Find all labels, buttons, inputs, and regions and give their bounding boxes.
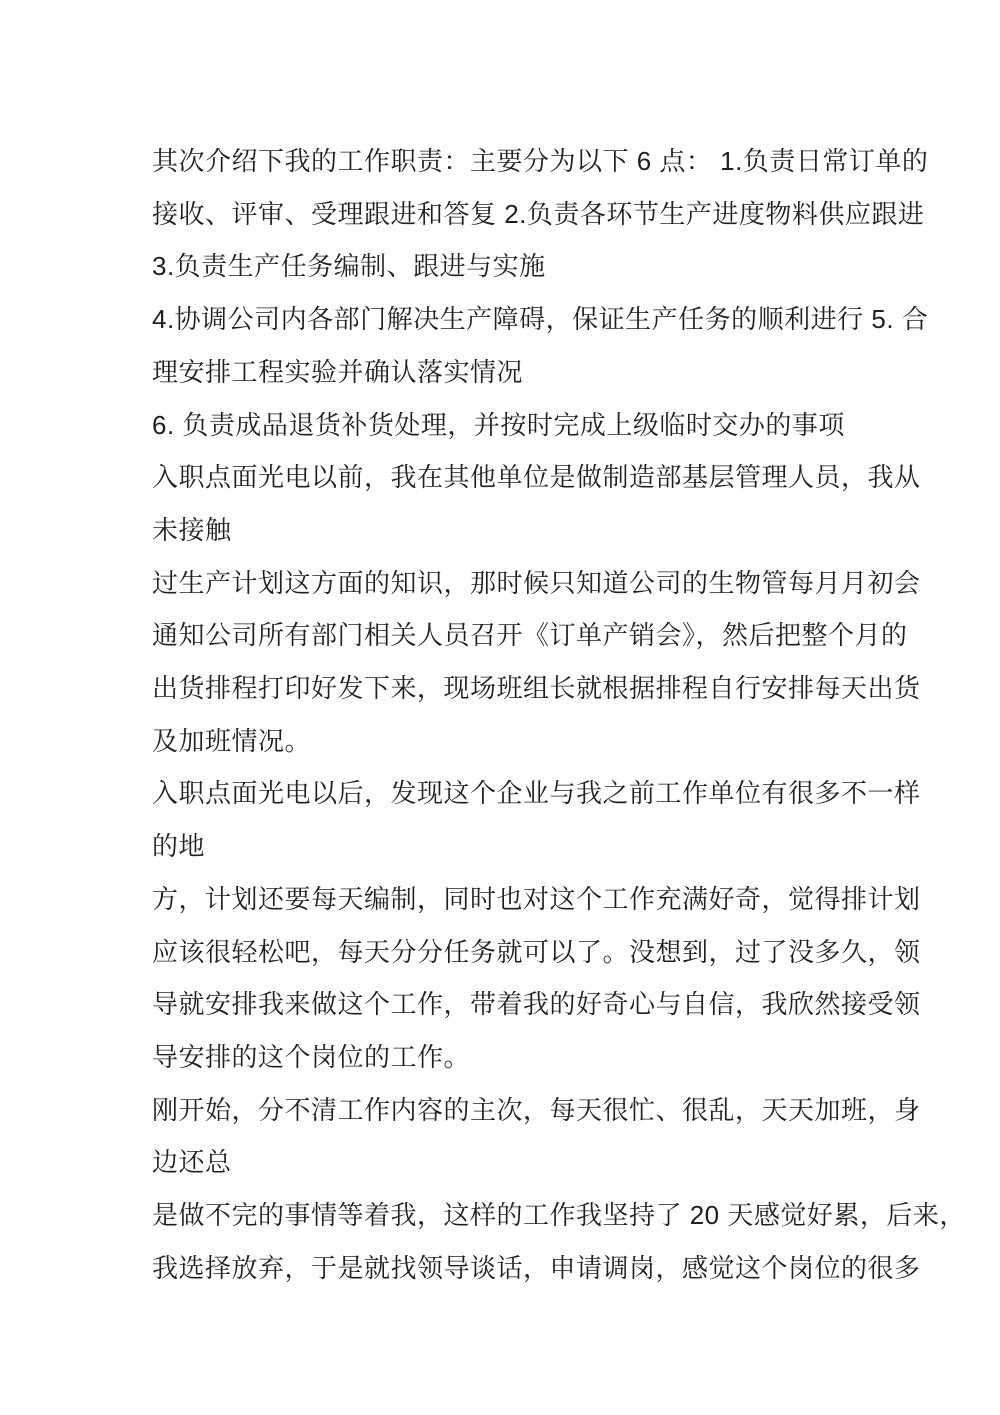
text-line: 3.负责生产任务编制、跟进与实施 <box>152 240 860 293</box>
text-line: 未接触 <box>152 504 860 557</box>
text-line: 方，计划还要每天编制，同时也对这个工作充满好奇，觉得排计划 <box>152 873 860 926</box>
text-line: 其次介绍下我的工作职责：主要分为以下 6 点： 1.负责日常订单的 <box>152 135 860 188</box>
text-line: 过生产计划这方面的知识，那时候只知道公司的生物管每月月初会 <box>152 557 860 610</box>
text-line: 入职点面光电以前，我在其他单位是做制造部基层管理人员，我从 <box>152 451 860 504</box>
text-line: 理安排工程实验并确认落实情况 <box>152 346 860 399</box>
text-line: 出货排程打印好发下来，现场班组长就根据排程自行安排每天出货 <box>152 662 860 715</box>
text-line: 边还总 <box>152 1136 860 1189</box>
text-line: 4.协调公司内各部门解决生产障碍，保证生产任务的顺利进行 5. 合 <box>152 293 860 346</box>
text-line: 应该很轻松吧，每天分分任务就可以了。没想到，过了没多久，领 <box>152 926 860 979</box>
document-page: 其次介绍下我的工作职责：主要分为以下 6 点： 1.负责日常订单的 接收、评审、… <box>0 0 1000 1415</box>
text-line: 接收、评审、受理跟进和答复 2.负责各环节生产进度物料供应跟进 <box>152 188 860 241</box>
text-line: 刚开始，分不清工作内容的主次，每天很忙、很乱，天天加班，身 <box>152 1084 860 1137</box>
text-line: 通知公司所有部门相关人员召开《订单产销会》，然后把整个月的 <box>152 609 860 662</box>
text-line: 我选择放弃，于是就找领导谈话，申请调岗，感觉这个岗位的很多 <box>152 1242 860 1295</box>
text-line: 导安排的这个岗位的工作。 <box>152 1031 860 1084</box>
text-line: 的地 <box>152 820 860 873</box>
text-line: 及加班情况。 <box>152 715 860 768</box>
text-line: 是做不完的事情等着我，这样的工作我坚持了 20 天感觉好累，后来， <box>152 1189 860 1242</box>
text-line: 入职点面光电以后，发现这个企业与我之前工作单位有很多不一样 <box>152 767 860 820</box>
text-line: 6. 负责成品退货补货处理，并按时完成上级临时交办的事项 <box>152 399 860 452</box>
text-line: 导就安排我来做这个工作，带着我的好奇心与自信，我欣然接受领 <box>152 978 860 1031</box>
